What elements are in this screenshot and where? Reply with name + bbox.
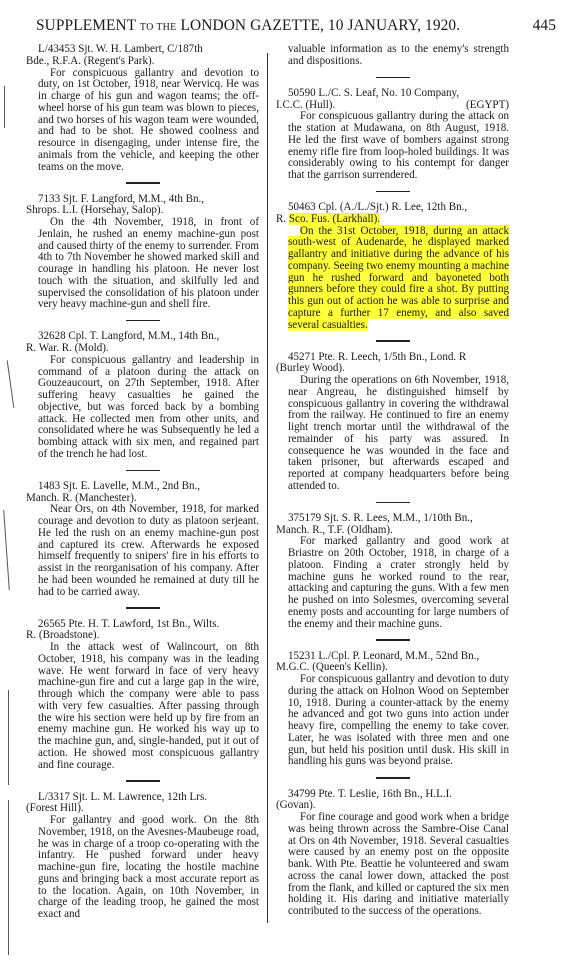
citation-text: For conspicuous gallantry during the att… bbox=[288, 111, 509, 182]
section-rule bbox=[376, 77, 410, 78]
heading-line: L/43453 Sjt. W. H. Lambert, C/187th bbox=[26, 44, 259, 56]
section-rule bbox=[376, 191, 410, 192]
citation-leaf: 50590 L./C. S. Leaf, No. 10 Company, (EG… bbox=[276, 88, 509, 182]
citation-heading: 26565 Pte. H. T. Lawford, 1st Bn., Wilts… bbox=[26, 619, 259, 643]
heading-line: Bde., R.F.A. (Regent's Park). bbox=[26, 56, 259, 68]
citation-heading: 15231 L./Cpl. P. Leonard, M.M., 52nd Bn.… bbox=[276, 651, 509, 675]
section-rule bbox=[126, 182, 160, 183]
section-rule bbox=[126, 470, 160, 471]
heading-line: 1483 Sjt. E. Lavelle, M.M., 2nd Bn., bbox=[26, 481, 259, 493]
margin-mark bbox=[7, 360, 17, 408]
left-column: L/43453 Sjt. W. H. Lambert, C/187th Bde.… bbox=[26, 44, 259, 921]
header-to-the: TO THE bbox=[140, 22, 177, 33]
section-rule bbox=[376, 639, 410, 640]
citation-text: For fine courage and good work when a br… bbox=[288, 812, 509, 918]
citation-heading: 34799 Pte. T. Leslie, 16th Bn., H.L.I. (… bbox=[276, 789, 509, 813]
citation-lee: 50463 Cpl. (A./L./Sjt.) R. Lee, 12th Bn.… bbox=[276, 202, 509, 331]
citation-lawford: 26565 Pte. H. T. Lawford, 1st Bn., Wilts… bbox=[26, 619, 259, 772]
citation-text-highlighted: On the 31st October, 1918, during an att… bbox=[288, 226, 509, 332]
citation-lees: 375179 Sjt. S. R. Lees, M.M., 1/10th Bn.… bbox=[276, 513, 509, 631]
citation-leech: 45271 Pte. R. Leech, 1/5th Bn., Lond. R … bbox=[276, 352, 509, 493]
margin-mark bbox=[8, 800, 11, 955]
citation-heading: 50463 Cpl. (A./L./Sjt.) R. Lee, 12th Bn.… bbox=[276, 202, 509, 226]
citation-leslie: 34799 Pte. T. Leslie, 16th Bn., H.L.I. (… bbox=[276, 789, 509, 918]
page-header: SUPPLEMENT TO THE LONDON GAZETTE, 10 JAN… bbox=[36, 17, 556, 35]
citation-t-langford: 32628 Cpl. T. Langford, M.M., 14th Bn., … bbox=[26, 331, 259, 460]
margin-mark bbox=[3, 510, 12, 590]
heading-line: R. bbox=[276, 213, 286, 225]
citation-text: valuable information as to the enemy's s… bbox=[288, 44, 509, 68]
citation-text: During the operations on 6th November, 1… bbox=[288, 375, 509, 493]
margin-mark bbox=[4, 86, 7, 128]
citation-lavelle: 1483 Sjt. E. Lavelle, M.M., 2nd Bn., Man… bbox=[26, 481, 259, 599]
page-number: 445 bbox=[533, 17, 556, 35]
heading-line: 375179 Sjt. S. R. Lees, M.M., 1/10th Bn.… bbox=[276, 513, 509, 525]
citation-heading: 1483 Sjt. E. Lavelle, M.M., 2nd Bn., Man… bbox=[26, 481, 259, 505]
citation-heading: 50590 L./C. S. Leaf, No. 10 Company, (EG… bbox=[276, 88, 509, 112]
margin-mark bbox=[8, 690, 11, 785]
citation-text: For conspicuous gallantry and devotion t… bbox=[288, 674, 509, 768]
section-rule bbox=[376, 777, 410, 778]
citation-text: For gallantry and good work. On the 8th … bbox=[38, 815, 259, 921]
column-divider bbox=[267, 53, 268, 923]
citation-heading: 32628 Cpl. T. Langford, M.M., 14th Bn., … bbox=[26, 331, 259, 355]
citation-continuation: valuable information as to the enemy's s… bbox=[276, 44, 509, 68]
section-rule bbox=[126, 780, 160, 781]
citation-text: On the 4th November, 1918, in front of J… bbox=[38, 217, 259, 311]
header-supplement: SUPPLEMENT bbox=[36, 17, 136, 34]
citation-heading: 375179 Sjt. S. R. Lees, M.M., 1/10th Bn.… bbox=[276, 513, 509, 537]
section-rule bbox=[126, 320, 160, 321]
section-rule bbox=[376, 340, 410, 341]
heading-line: I.C.C. (Hull). bbox=[276, 99, 335, 111]
highlighted-text: Sco. Fus. (Larkhall). bbox=[289, 213, 380, 225]
highlighted-text: On the 31st October, 1918, during an att… bbox=[288, 225, 509, 331]
citation-text: In the attack west of Walincourt, on 8th… bbox=[38, 642, 259, 771]
citation-leonard: 15231 L./Cpl. P. Leonard, M.M., 52nd Bn.… bbox=[276, 651, 509, 769]
citation-lambert: L/43453 Sjt. W. H. Lambert, C/187th Bde.… bbox=[26, 44, 259, 173]
citation-f-langford: 7133 Sjt. F. Langford, M.M., 4th Bn., Sh… bbox=[26, 194, 259, 312]
citation-text: For conspicuous gallantry and leadership… bbox=[38, 355, 259, 461]
right-column: valuable information as to the enemy's s… bbox=[276, 44, 509, 918]
citation-text: Near Ors, on 4th November, 1918, for mar… bbox=[38, 504, 259, 598]
citation-heading: 45271 Pte. R. Leech, 1/5th Bn., Lond. R … bbox=[276, 352, 509, 376]
section-rule bbox=[376, 502, 410, 503]
section-rule bbox=[126, 607, 160, 608]
citation-lawrence: L/3317 Sjt. L. M. Lawrence, 12th Lrs. (F… bbox=[26, 792, 259, 921]
citation-heading: L/43453 Sjt. W. H. Lambert, C/187th Bde.… bbox=[26, 44, 259, 68]
citation-heading: 7133 Sjt. F. Langford, M.M., 4th Bn., Sh… bbox=[26, 194, 259, 218]
citation-text: For conspicuous gallantry and devotion t… bbox=[38, 68, 259, 174]
header-gazette-date: LONDON GAZETTE, 10 JANUARY, 1920. bbox=[181, 17, 461, 34]
citation-text: For marked gallantry and good work at Br… bbox=[288, 536, 509, 630]
citation-heading: L/3317 Sjt. L. M. Lawrence, 12th Lrs. (F… bbox=[26, 792, 259, 816]
